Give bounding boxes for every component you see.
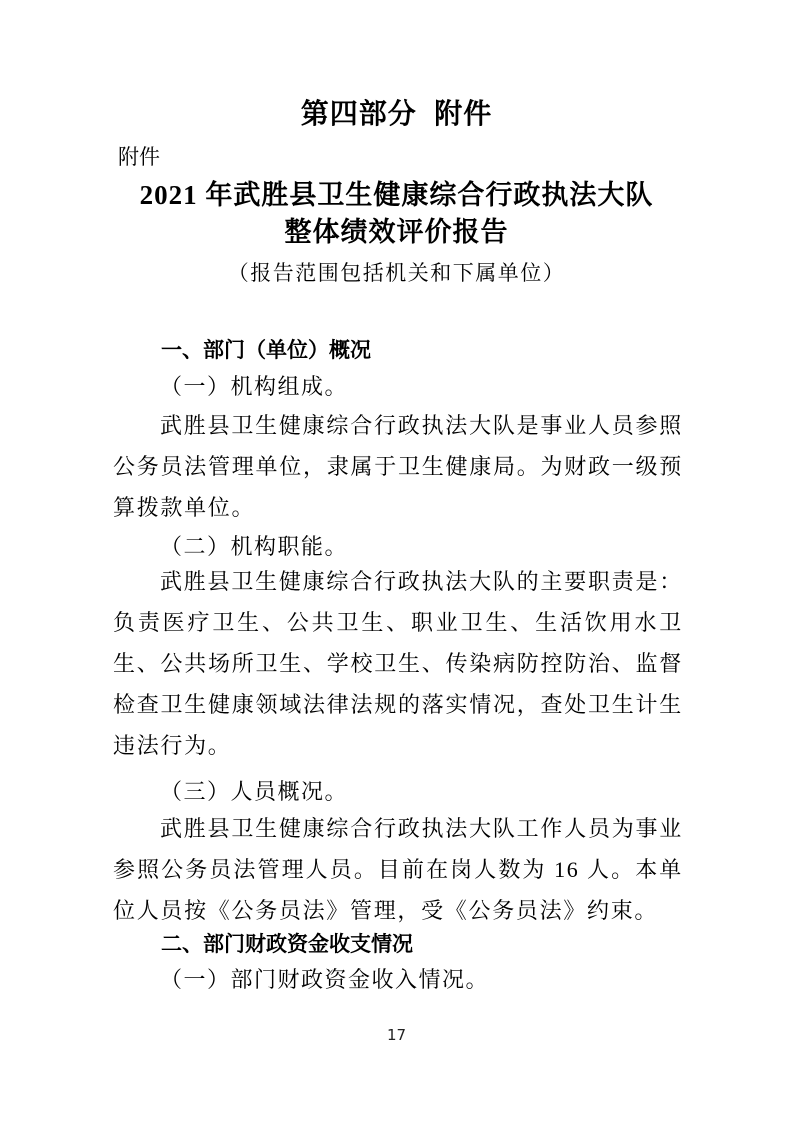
subheading-finance-income: （一）部门财政资金收入情况。 [113, 959, 683, 1000]
report-title-line1: 2021 年武胜县卫生健康综合行政执法大队 [0, 177, 793, 214]
paragraph-org-functions: 武胜县卫生健康综合行政执法大队的主要职责是：负责医疗卫生、公共卫生、职业卫生、生… [113, 561, 683, 766]
subheading-org-composition: （一）机构组成。 [113, 366, 683, 407]
page-number: 17 [0, 1026, 793, 1044]
heading-dept-overview: 一、部门（单位）概况 [113, 330, 683, 371]
report-title-line2: 整体绩效评价报告 [0, 214, 793, 251]
report-title: 2021 年武胜县卫生健康综合行政执法大队 整体绩效评价报告 [0, 177, 793, 251]
report-scope-subtitle: （报告范围包括机关和下属单位） [0, 258, 793, 288]
attachment-label: 附件 [118, 144, 160, 171]
paragraph-org-composition: 武胜县卫生健康综合行政执法大队是事业人员参照公务员法管理单位，隶属于卫生健康局。… [113, 405, 683, 528]
document-page: 第四部分 附件 附件 2021 年武胜县卫生健康综合行政执法大队 整体绩效评价报… [0, 0, 793, 1122]
paragraph-personnel: 武胜县卫生健康综合行政执法大队工作人员为事业参照公务员法管理人员。目前在岗人数为… [113, 808, 683, 931]
subheading-personnel: （三）人员概况。 [113, 771, 683, 812]
section-title: 第四部分 附件 [0, 97, 793, 131]
